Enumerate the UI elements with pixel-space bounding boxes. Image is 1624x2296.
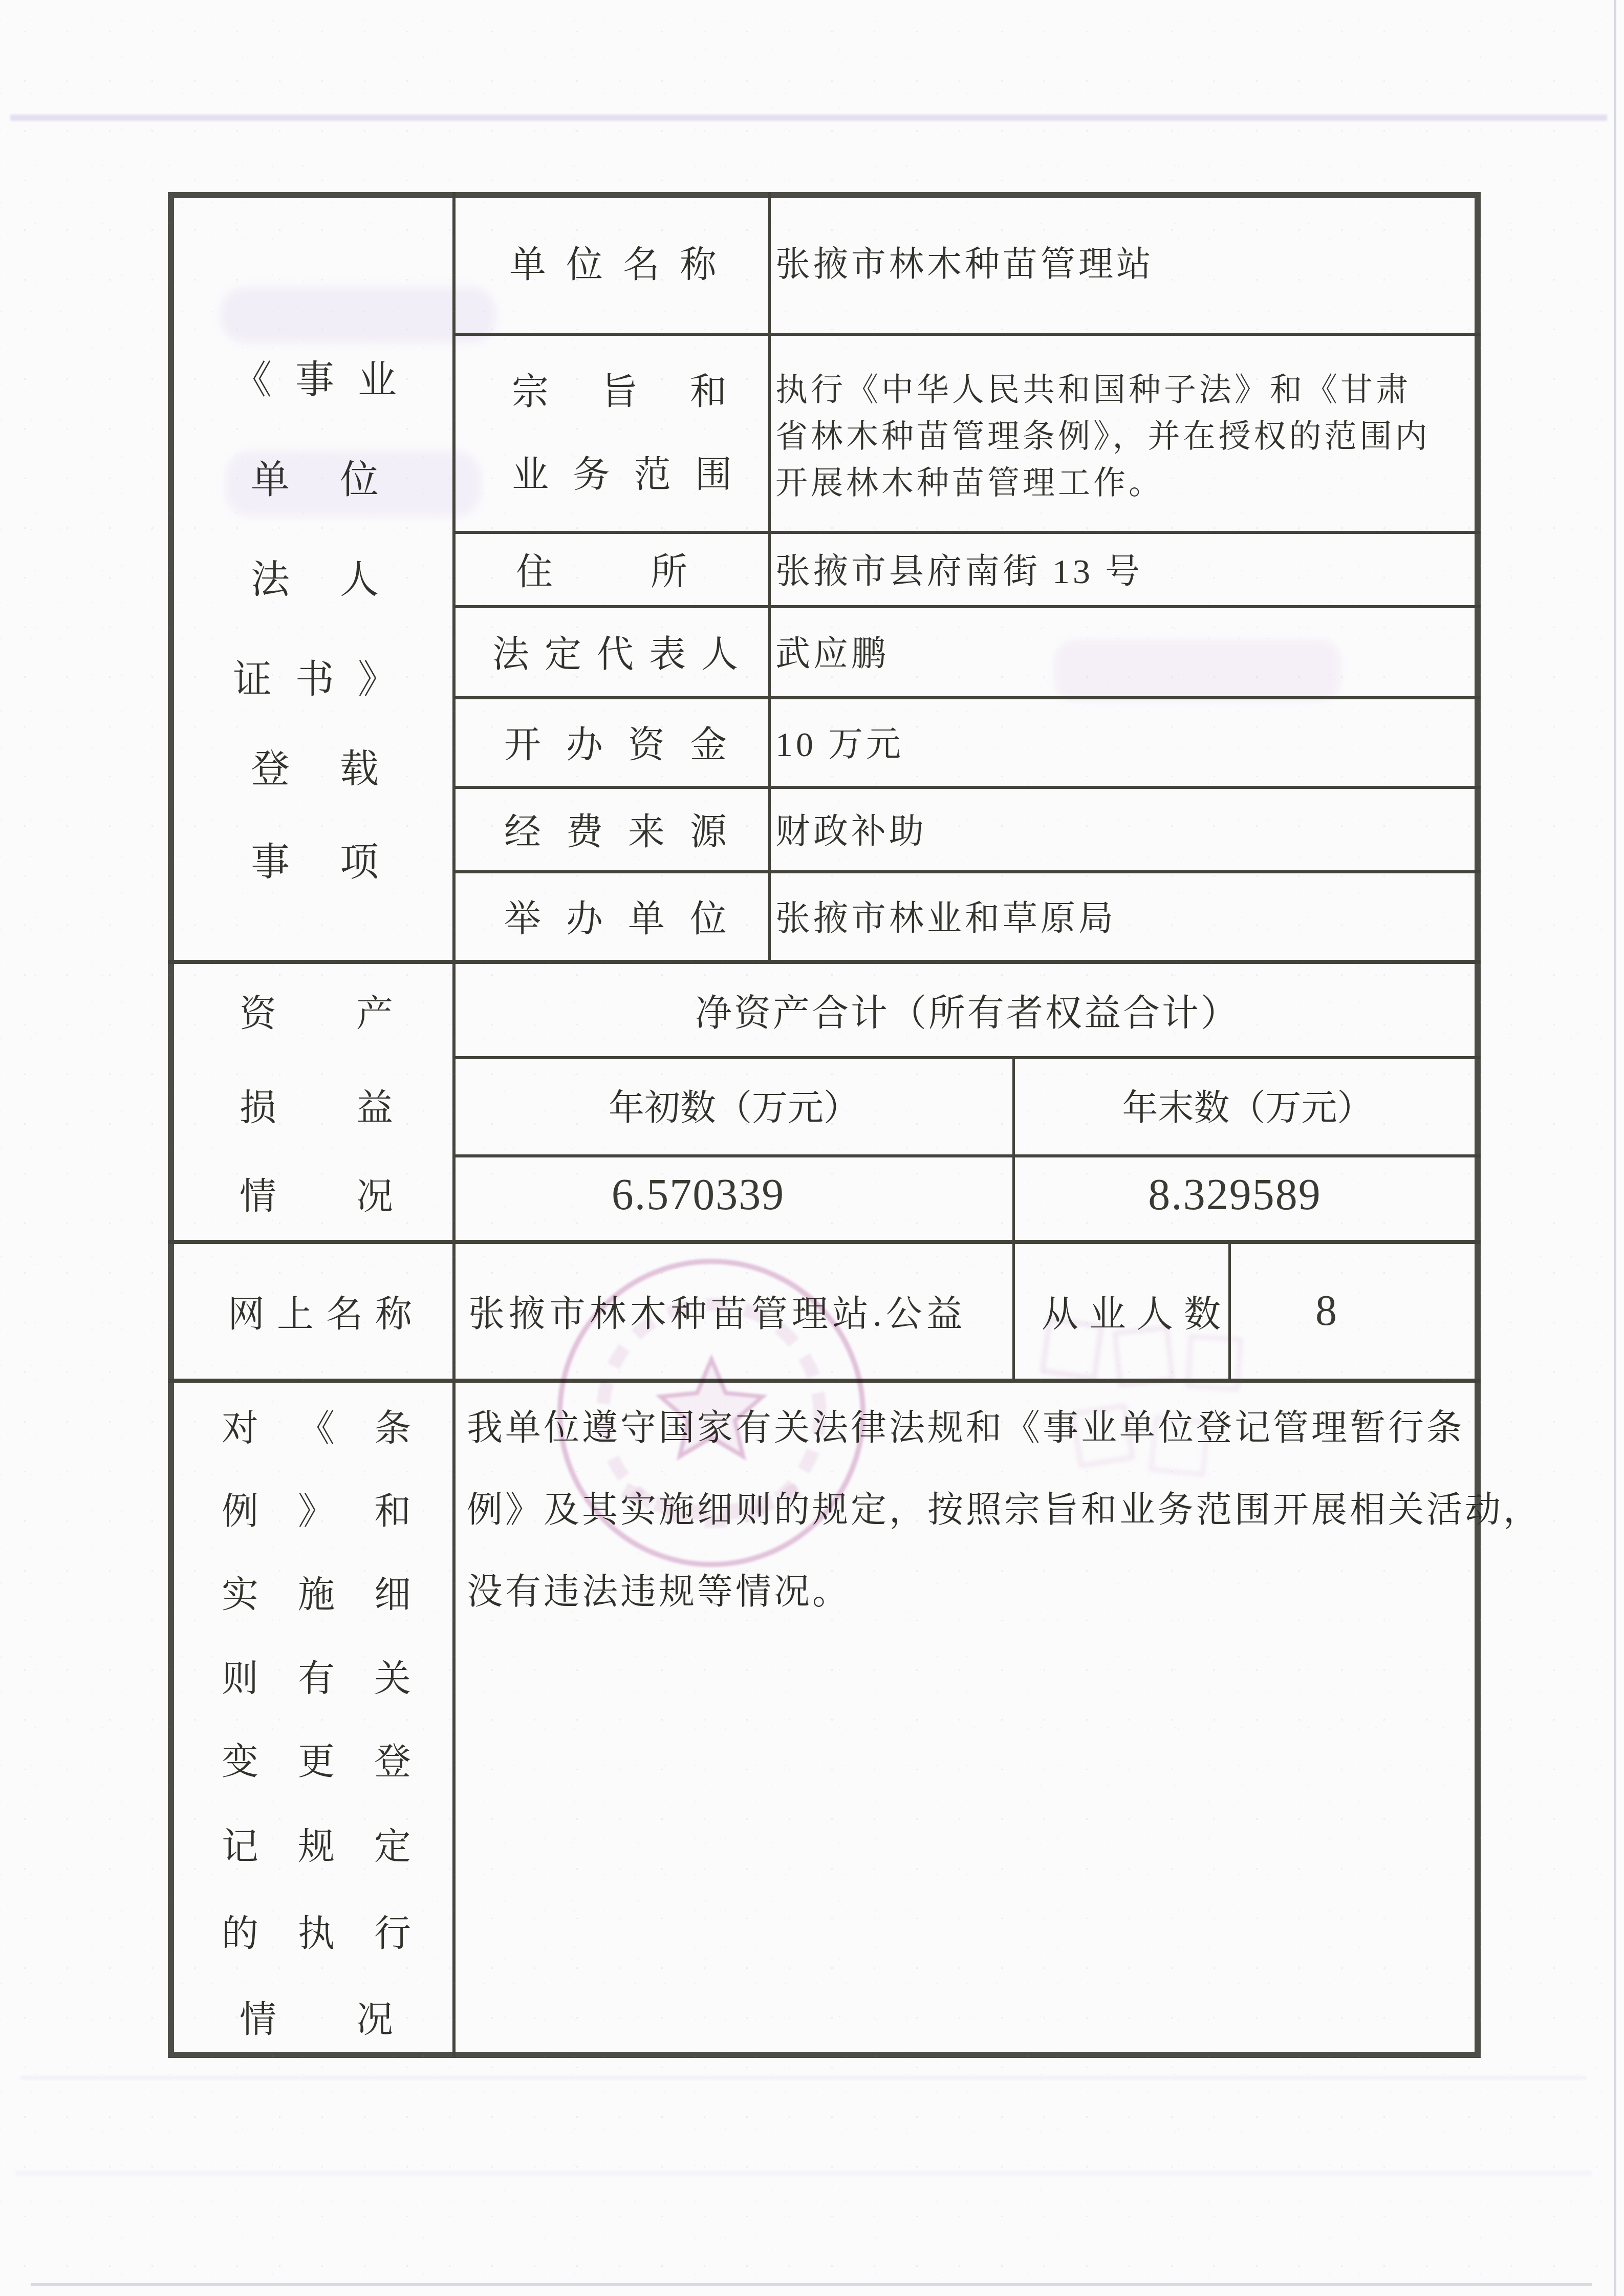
- compliance-column-label: 例》和: [222, 1479, 411, 1536]
- field-value-address: 张掖市县府南街 13 号: [775, 543, 1471, 594]
- compliance-column-label: 情况: [240, 1988, 393, 2044]
- assets-column-label: 资产: [240, 982, 393, 1038]
- field-label-opening-funds: 开办资金: [504, 716, 727, 767]
- grid-line-horizontal: [453, 531, 1481, 534]
- assets-column-label: 情况: [240, 1165, 393, 1221]
- grid-line-horizontal: [168, 1240, 1481, 1244]
- scanned-document-page: 《事业 单位 法人 证书》 登载 事项 单位名称 张掖市林木种苗管理站 宗旨和 …: [0, 0, 1624, 2296]
- certificate-column-label: 《事业: [233, 352, 397, 409]
- grid-line-horizontal: [453, 696, 1481, 699]
- compliance-column-label: 实施细: [222, 1563, 411, 1619]
- compliance-column-label: 记规定: [222, 1815, 411, 1871]
- certificate-column-label: 单位: [251, 452, 379, 508]
- bleedthrough-band: [20, 2076, 1587, 2080]
- grid-line-horizontal: [168, 1379, 1481, 1383]
- certificate-column-label: 事项: [251, 834, 379, 891]
- field-value-unit-name: 张掖市林木种苗管理站: [775, 235, 1471, 287]
- page-edge-line: [1614, 0, 1616, 2296]
- field-value-sponsor-unit: 张掖市林业和草原局: [775, 890, 1471, 941]
- field-label-purpose-line1: 宗旨和: [512, 362, 727, 414]
- field-label-unit-name: 单位名称: [509, 235, 717, 287]
- field-value-legal-representative: 武应鹏: [775, 625, 1471, 676]
- field-label-sponsor-unit: 举办单位: [504, 890, 727, 941]
- grid-line-horizontal: [453, 333, 1481, 336]
- compliance-statement-line: 没有违法违规等情况。: [467, 1560, 1483, 1617]
- compliance-column-label: 变更登: [222, 1730, 411, 1786]
- field-value-funding-source: 财政补助: [775, 803, 1471, 854]
- compliance-column-label: 则有关: [222, 1647, 411, 1703]
- net-assets-header: 净资产合计（所有者权益合计）: [456, 984, 1479, 1035]
- assets-column-label: 损益: [240, 1076, 393, 1132]
- end-of-year-value: 8.329589: [1002, 1166, 1468, 1222]
- certificate-column-label: 登载: [251, 741, 379, 798]
- certificate-column-label: 证书》: [233, 652, 397, 708]
- compliance-statement-line: 我单位遵守国家有关法律法规和《事业单位登记管理暂行条: [467, 1397, 1483, 1453]
- certificate-column-label: 法人: [251, 552, 379, 608]
- online-name-label: 网上名称: [228, 1285, 412, 1336]
- field-label-legal-representative: 法定代表人: [492, 625, 738, 676]
- compliance-column-label: 对《条: [222, 1397, 411, 1453]
- field-value-purpose-line: 执行《中华人民共和国种子法》和《甘肃: [775, 361, 1477, 412]
- field-label-purpose-line2: 业务范围: [512, 445, 732, 497]
- staff-count-value: 8: [1229, 1285, 1424, 1336]
- end-of-year-label: 年末数（万元）: [1014, 1079, 1481, 1130]
- start-of-year-label: 年初数（万元）: [456, 1079, 1012, 1130]
- field-value-opening-funds: 10 万元: [775, 716, 1471, 767]
- field-value-purpose-line: 省林木种苗管理条例》，并在授权的范围内: [775, 407, 1477, 459]
- grid-line-horizontal: [453, 1154, 1481, 1157]
- field-value-purpose-line: 开展林木种苗管理工作。: [775, 454, 1477, 505]
- compliance-column-label: 的执行: [222, 1902, 411, 1958]
- grid-line-horizontal: [453, 605, 1481, 608]
- online-name-value: 张掖市林木种苗管理站.公益: [468, 1285, 1011, 1336]
- grid-line-horizontal: [453, 786, 1481, 789]
- bleedthrough-band: [10, 115, 1607, 121]
- grid-line-horizontal: [168, 960, 1481, 964]
- staff-count-label: 从业人数: [1042, 1285, 1221, 1336]
- grid-line-horizontal: [453, 1056, 1481, 1059]
- compliance-statement-line: 例》及其实施细则的规定，按照宗旨和业务范围开展相关活动，: [467, 1478, 1483, 1535]
- grid-line-horizontal: [453, 870, 1481, 873]
- page-edge-line: [31, 2283, 1592, 2286]
- start-of-year-value: 6.570339: [420, 1166, 977, 1222]
- field-label-address: 住所: [516, 543, 687, 594]
- field-label-funding-source: 经费来源: [504, 803, 727, 854]
- bleedthrough-band: [15, 2171, 1592, 2176]
- grid-line-vertical: [768, 192, 771, 960]
